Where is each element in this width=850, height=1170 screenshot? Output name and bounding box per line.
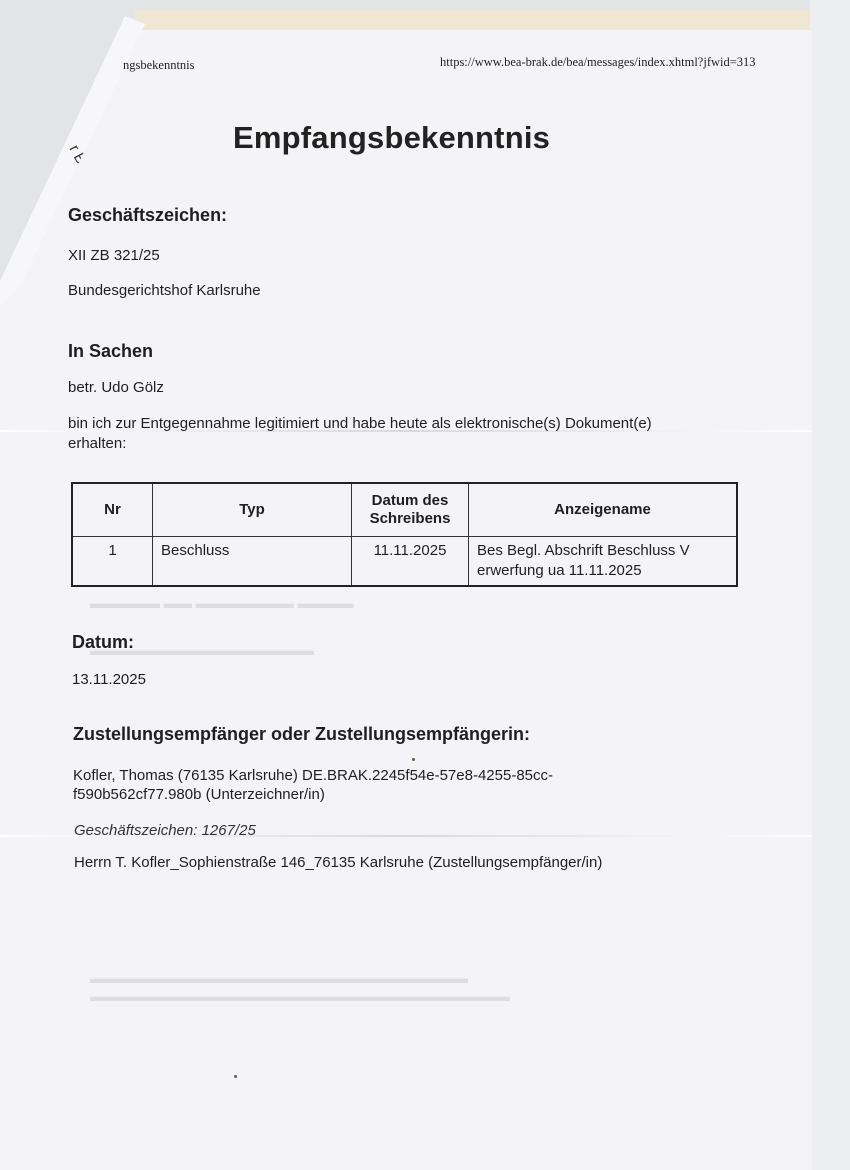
bleed-through-text: ▬▬▬▬▬▬▬▬▬▬▬▬▬▬▬▬▬▬▬▬▬▬▬▬▬▬▬▬▬▬ [90, 988, 510, 1004]
cell-anzeigename-line2: erwerfung ua 11.11.2025 [477, 561, 728, 581]
receipt-statement-line2: erhalten: [68, 434, 126, 453]
table-row: 1 Beschluss 11.11.2025 Bes Begl. Abschri… [72, 537, 737, 587]
column-header-datum: Datum des Schreibens [352, 483, 469, 537]
court-name: Bundesgerichtshof Karlsruhe [68, 281, 261, 300]
datum-heading: Datum: [72, 632, 134, 653]
cell-anzeigename-line1: Bes Begl. Abschrift Beschluss V [477, 541, 728, 561]
column-header-anzeigename: Anzeigename [469, 483, 738, 537]
bleed-through-text: ▬▬▬▬▬▬▬▬▬▬▬▬▬▬▬▬▬▬▬▬▬▬▬▬▬▬▬ [90, 970, 468, 986]
documents-table: Nr Typ Datum des Schreibens Anzeigename … [71, 482, 738, 587]
column-header-datum-line1: Datum des [360, 492, 460, 510]
document-sheet: ▬▬▬▬▬ ▬▬ ▬▬▬▬▬▬▬ ▬▬▬▬ ▬▬▬▬▬▬▬▬▬▬▬▬▬▬▬▬ ▬… [0, 30, 812, 1170]
paper-speck [234, 1075, 237, 1078]
column-header-typ: Typ [153, 483, 352, 537]
empfaenger-line1: Kofler, Thomas (76135 Karlsruhe) DE.BRAK… [73, 766, 553, 785]
receipt-statement-line1: bin ich zur Entgegennahme legitimiert un… [68, 414, 652, 433]
cell-datum: 11.11.2025 [352, 537, 469, 587]
empfaenger-address: Herrn T. Kofler_Sophienstraße 146_76135 … [74, 853, 602, 872]
bleed-through-text: ▬▬▬▬▬ ▬▬ ▬▬▬▬▬▬▬ ▬▬▬▬ [90, 595, 354, 611]
scanner-background [810, 0, 850, 1170]
geschaeftszeichen-value: XII ZB 321/25 [68, 246, 160, 265]
cell-nr: 1 [72, 537, 153, 587]
print-header-url: https://www.bea-brak.de/bea/messages/ind… [440, 55, 756, 70]
in-sachen-heading: In Sachen [68, 341, 153, 362]
table-header-row: Nr Typ Datum des Schreibens Anzeigename [72, 483, 737, 537]
cell-anzeigename: Bes Begl. Abschrift Beschluss V erwerfun… [469, 537, 738, 587]
paper-speck [412, 758, 415, 761]
document-title: Empfangsbekenntnis [233, 120, 550, 156]
column-header-nr: Nr [72, 483, 153, 537]
column-header-datum-line2: Schreibens [360, 510, 460, 528]
cell-typ: Beschluss [153, 537, 352, 587]
datum-value: 13.11.2025 [72, 670, 146, 689]
party-name: betr. Udo Gölz [68, 378, 164, 397]
print-header-title: ngsbekenntnis [123, 58, 195, 73]
empfaenger-heading: Zustellungsempfänger oder Zustellungsemp… [73, 724, 530, 745]
empfaenger-line2: f590b562cf77.980b (Unterzeichner/in) [73, 785, 325, 804]
geschaeftszeichen-heading: Geschäftszeichen: [68, 205, 227, 226]
empfaenger-geschaeftszeichen: Geschäftszeichen: 1267/25 [74, 821, 256, 840]
